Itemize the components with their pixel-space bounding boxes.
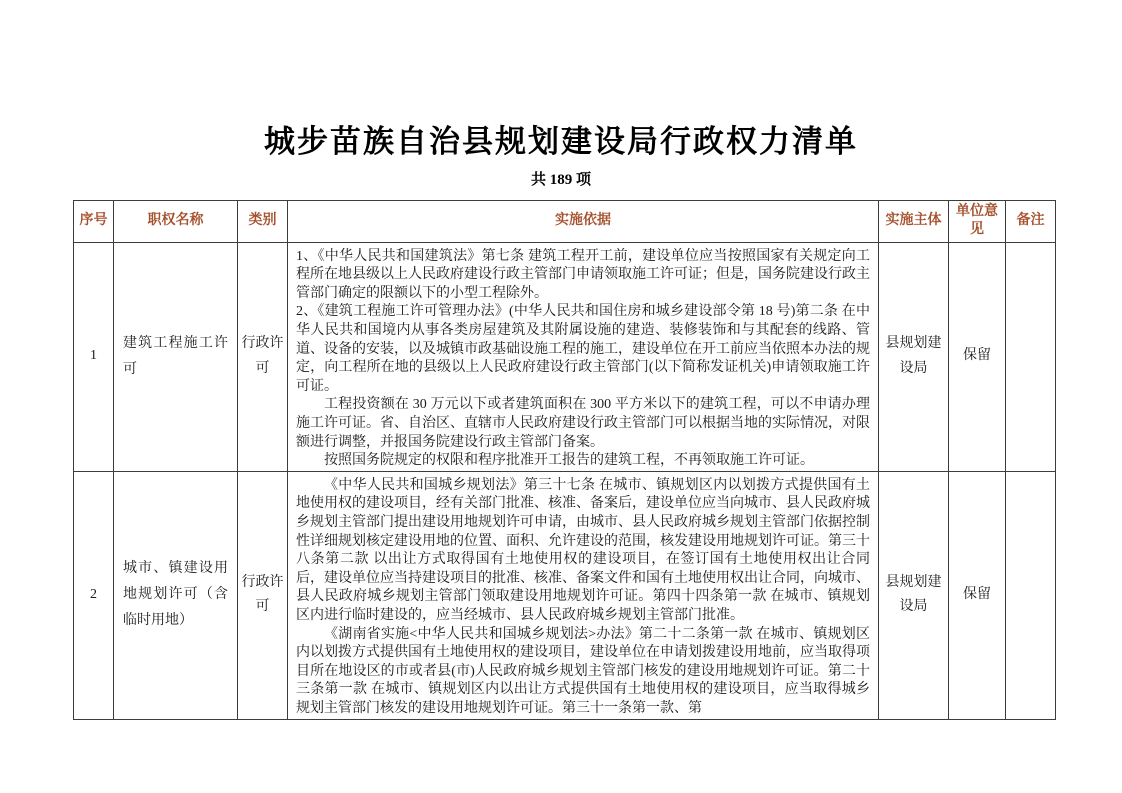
basis-paragraph: 1、《中华人民共和国建筑法》第七条 建筑工程开工前，建设单位应当按照国家有关规定…: [296, 248, 870, 304]
column-header-category: 类别: [238, 201, 288, 242]
power-name-cell: 建筑工程施工许可: [114, 242, 238, 471]
column-header-authority: 实施主体: [879, 201, 949, 242]
column-header-opinion: 单位意见: [949, 201, 1006, 242]
category-cell: 行政许可: [238, 471, 288, 719]
basis-paragraph: 按照国务院规定的权限和程序批准开工报告的建筑工程，不再领取施工许可证。: [296, 452, 870, 471]
column-header-power-name: 职权名称: [114, 201, 238, 242]
basis-cell: 1、《中华人民共和国建筑法》第七条 建筑工程开工前，建设单位应当按照国家有关规定…: [288, 242, 879, 471]
authority-cell: 县规划建设局: [879, 471, 949, 719]
power-list-table: 序号 职权名称 类别 实施依据 实施主体 单位意见 备注 1 建筑工程施工许可 …: [73, 200, 1056, 719]
basis-paragraph: 工程投资额在 30 万元以下或者建筑面积在 300 平方米以下的建筑工程，可以不…: [296, 396, 870, 452]
power-name-cell: 城市、镇建设用地规划许可（含临时用地）: [114, 471, 238, 719]
row-index-cell: 1: [74, 242, 114, 471]
column-header-index: 序号: [74, 201, 114, 242]
row-index-cell: 2: [74, 471, 114, 719]
table-row: 1 建筑工程施工许可 行政许可 1、《中华人民共和国建筑法》第七条 建筑工程开工…: [74, 242, 1056, 471]
opinion-cell: 保留: [949, 242, 1006, 471]
basis-paragraph: 2、《建筑工程施工许可管理办法》(中华人民共和国住房和城乡建设部令第 18 号)…: [296, 303, 870, 396]
table-row: 2 城市、镇建设用地规划许可（含临时用地） 行政许可 《中华人民共和国城乡规划法…: [74, 471, 1056, 719]
opinion-cell: 保留: [949, 471, 1006, 719]
authority-cell: 县规划建设局: [879, 242, 949, 471]
page-title: 城步苗族自治县规划建设局行政权力清单: [0, 122, 1122, 162]
document-page: 城步苗族自治县规划建设局行政权力清单 共 189 项 序号 职权名称 类别 实施…: [0, 0, 1122, 793]
column-header-basis: 实施依据: [288, 201, 879, 242]
basis-cell: 《中华人民共和国城乡规划法》第三十七条 在城市、镇规划区内以划拨方式提供国有土地…: [288, 471, 879, 719]
basis-paragraph: 《湖南省实施<中华人民共和国城乡规划法>办法》第二十二条第一款 在城市、镇规划区…: [296, 626, 870, 719]
remark-cell: [1006, 471, 1056, 719]
table-header-row: 序号 职权名称 类别 实施依据 实施主体 单位意见 备注: [74, 201, 1056, 242]
page-subtitle: 共 189 项: [0, 168, 1122, 189]
remark-cell: [1006, 242, 1056, 471]
column-header-remark: 备注: [1006, 201, 1056, 242]
category-cell: 行政许可: [238, 242, 288, 471]
basis-paragraph: 《中华人民共和国城乡规划法》第三十七条 在城市、镇规划区内以划拨方式提供国有土地…: [296, 477, 870, 626]
